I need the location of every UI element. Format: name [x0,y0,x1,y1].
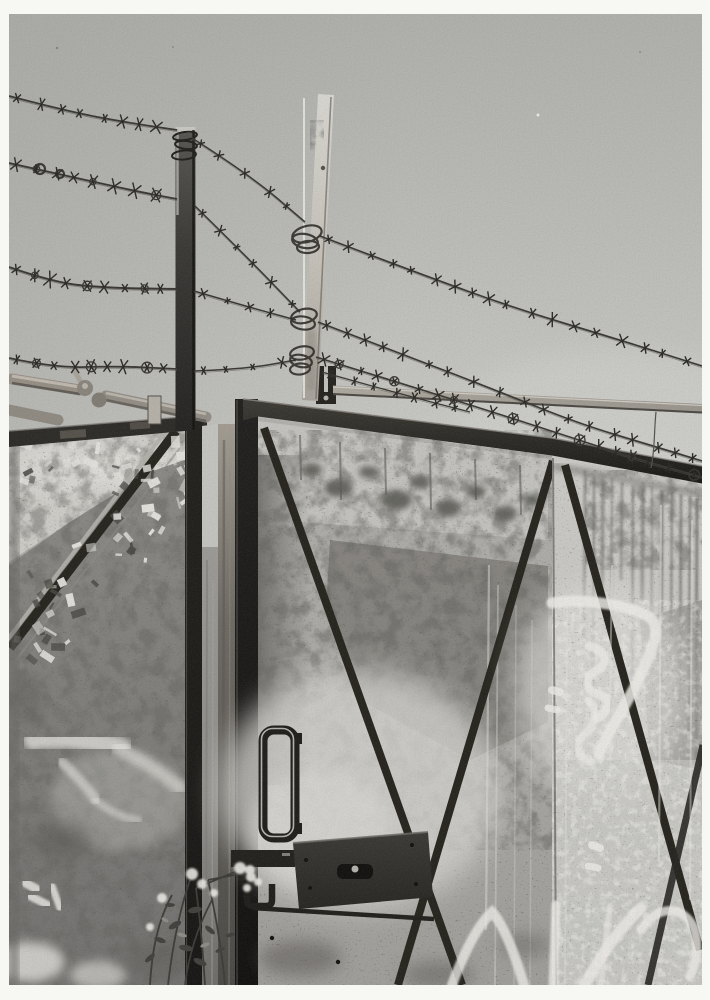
photo-print-area [0,14,710,989]
photo-scan [0,0,710,1000]
film-grain-light [9,14,702,985]
photograph [0,0,710,1000]
